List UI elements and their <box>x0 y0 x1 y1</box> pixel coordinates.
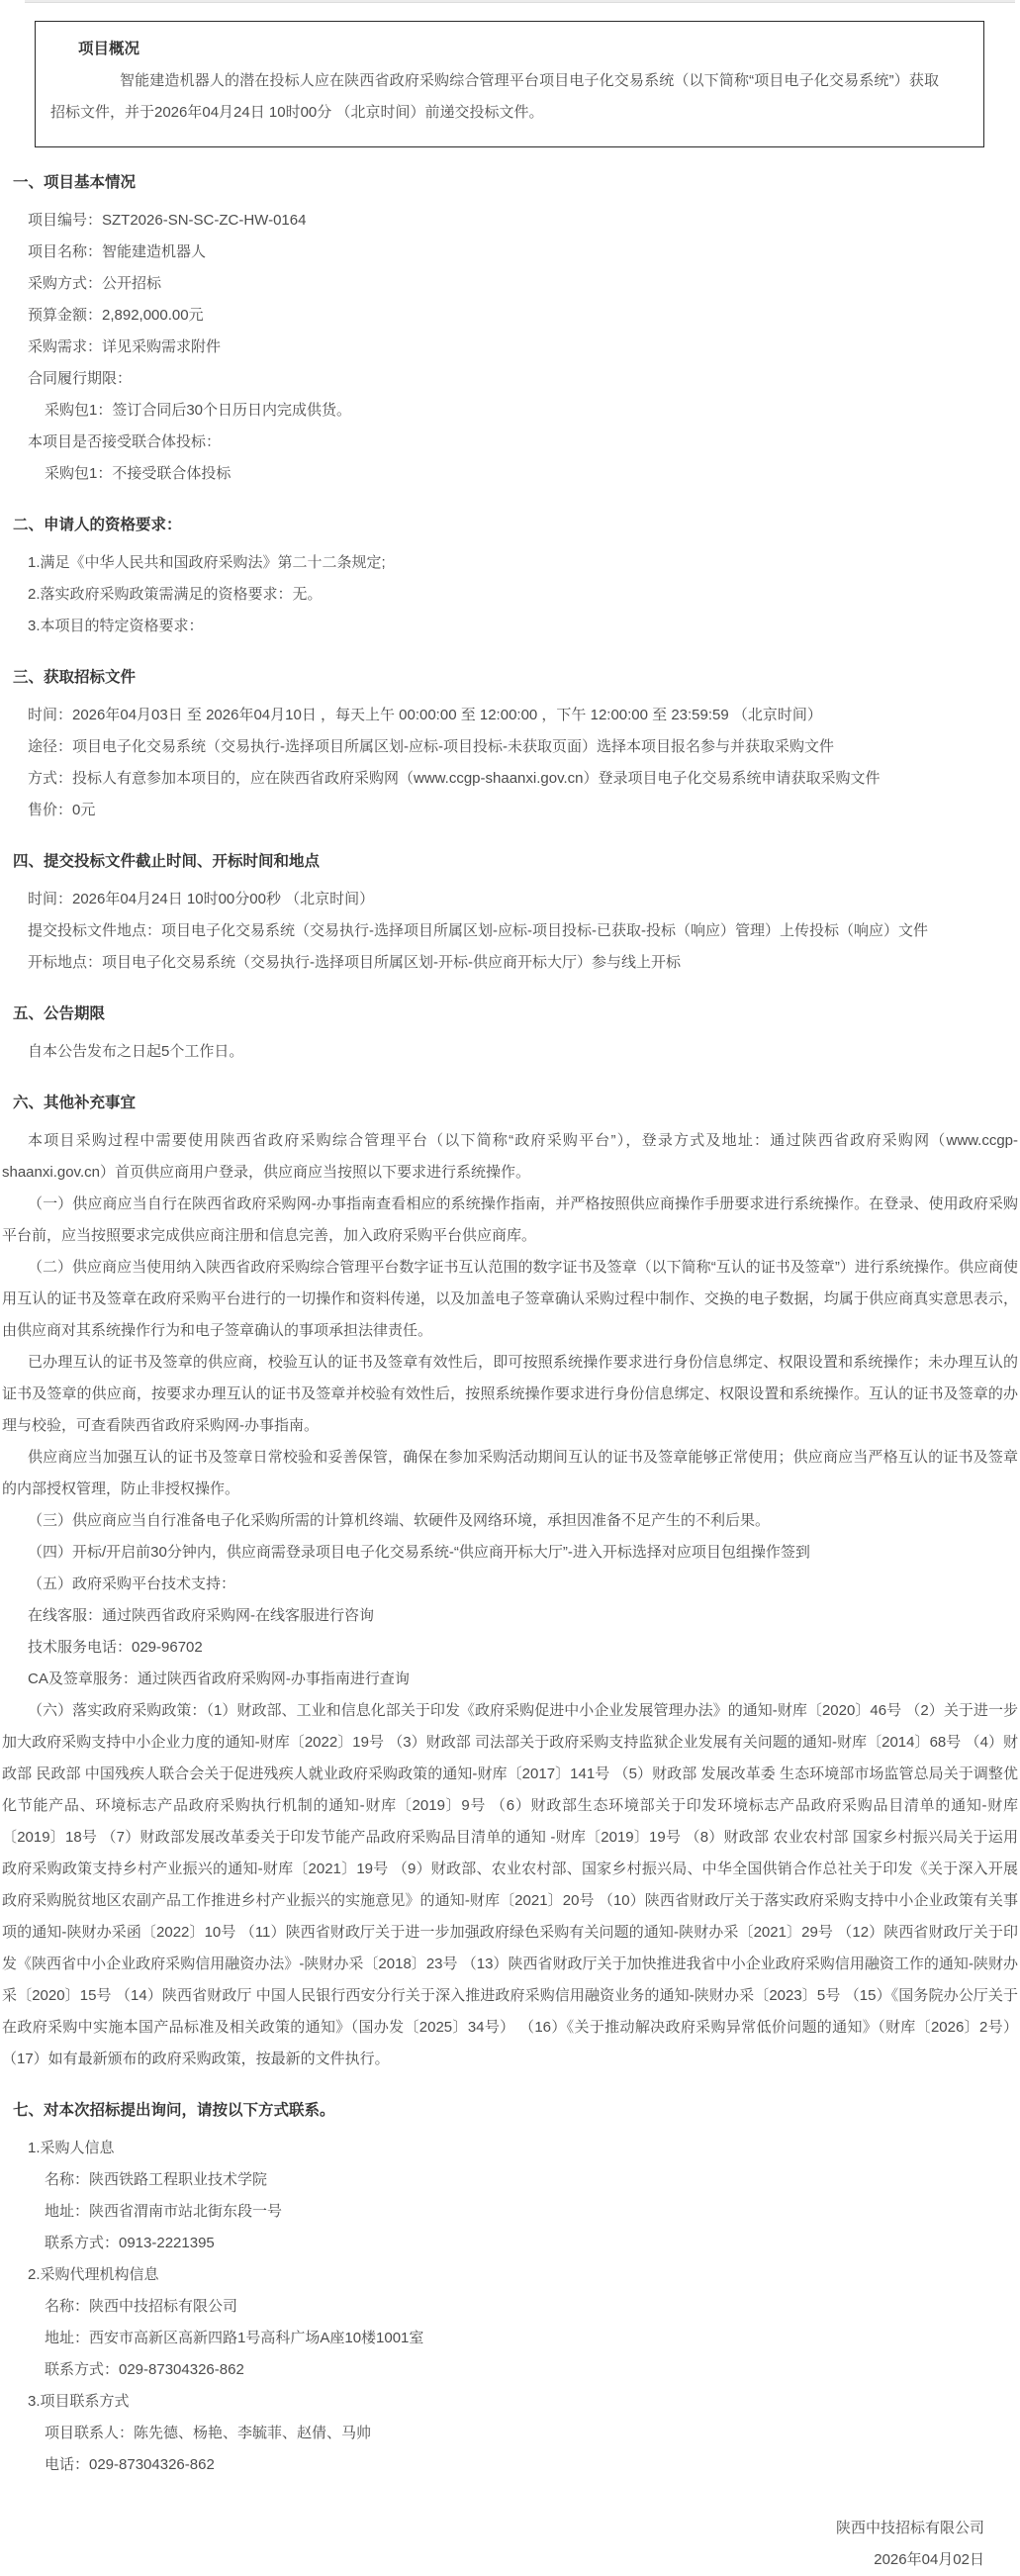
platform-intro-paragraph: 本项目采购过程中需要使用陕西省政府采购综合管理平台（以下简称“政府采购平台”），… <box>0 1125 1020 1189</box>
section-7-heading: 七、对本次招标提出询问，请按以下方式联系。 <box>0 2095 1020 2127</box>
qualification-item-1: 1.满足《中华人民共和国政府采购法》第二十二条规定; <box>0 547 1020 579</box>
ca-signature-service: CA及签章服务：通过陕西省政府采购网-办事指南进行查询 <box>0 1664 1020 1695</box>
joint-bid-pkg1: 采购包1：不接受联合体投标 <box>0 458 1020 490</box>
project-overview-box: 项目概况 智能建造机器人的潜在投标人应在陕西省政府采购综合管理平台项目电子化交易… <box>35 21 984 147</box>
contract-period-label: 合同履行期限： <box>0 363 1020 395</box>
section-basic-info: 一、项目基本情况 项目编号：SZT2026-SN-SC-ZC-HW-0164 项… <box>0 167 1020 490</box>
qualification-item-2: 2.落实政府采购政策需满足的资格要求：无。 <box>0 579 1020 611</box>
procurement-demand: 采购需求：详见采购需求附件 <box>0 332 1020 363</box>
section-4-heading: 四、提交投标文件截止时间、开标时间和地点 <box>0 846 1020 878</box>
overview-title: 项目概况 <box>78 34 939 65</box>
deadline-time: 时间：2026年04月24日 10时00分00秒 （北京时间） <box>0 884 1020 915</box>
footer-date: 2026年04月02日 <box>0 2544 984 2576</box>
section-6-heading: 六、其他补充事宜 <box>0 1088 1020 1119</box>
section-contact: 七、对本次招标提出询问，请按以下方式联系。 1.采购人信息 名称：陕西铁路工程职… <box>0 2095 1020 2481</box>
obtain-time: 时间：2026年04月03日 至 2026年04月10日 ，每天上午 00:00… <box>0 700 1020 731</box>
project-number: 项目编号：SZT2026-SN-SC-ZC-HW-0164 <box>0 205 1020 237</box>
contract-period-pkg1: 采购包1：签订合同后30个日历日内完成供货。 <box>0 395 1020 427</box>
section-qualification: 二、申请人的资格要求： 1.满足《中华人民共和国政府采购法》第二十二条规定; 2… <box>0 510 1020 642</box>
section-3-heading: 三、获取招标文件 <box>0 662 1020 694</box>
supplement-item-4: （四）开标/开启前30分钟内，供应商需登录项目电子化交易系统-“供应商开标大厅”… <box>0 1537 1020 1569</box>
section-deadline-opening: 四、提交投标文件截止时间、开标时间和地点 时间：2026年04月24日 10时0… <box>0 846 1020 979</box>
agency-name: 名称：陕西中技招标有限公司 <box>0 2291 1020 2323</box>
purchaser-info-label: 1.采购人信息 <box>0 2133 1020 2164</box>
supplement-item-5: （五）政府采购平台技术支持： <box>0 1569 1020 1600</box>
project-contact-phone: 电话：029-87304326-862 <box>0 2449 1020 2481</box>
section-5-heading: 五、公告期限 <box>0 999 1020 1030</box>
agency-address: 地址：西安市高新区高新四路1号高科广场A座10楼1001室 <box>0 2323 1020 2354</box>
online-service: 在线客服：通过陕西省政府采购网-在线客服进行咨询 <box>0 1600 1020 1632</box>
joint-bid-label: 本项目是否接受联合体投标： <box>0 427 1020 458</box>
budget-amount: 预算金额：2,892,000.00元 <box>0 300 1020 332</box>
top-cut-artifact <box>25 0 1015 3</box>
policy-paragraph: （六）落实政府采购政策：（1）财政部、工业和信息化部关于印发《政府采购促进中小企… <box>0 1695 1020 2075</box>
certificate-keep-paragraph: 供应商应当加强互认的证书及签章日常校验和妥善保管，确保在参加采购活动期间互认的证… <box>0 1442 1020 1505</box>
project-name: 项目名称：智能建造机器人 <box>0 237 1020 268</box>
project-contact-persons: 项目联系人：陈先德、杨艳、李毓菲、赵倩、马帅 <box>0 2418 1020 2449</box>
certificate-done-paragraph: 已办理互认的证书及签章的供应商，校验互认的证书及签章有效性后，即可按照系统操作要… <box>0 1347 1020 1442</box>
bid-opening-location: 开标地点：项目电子化交易系统（交易执行-选择项目所属区划-开标-供应商开标大厅）… <box>0 947 1020 979</box>
section-1-heading: 一、项目基本情况 <box>0 167 1020 199</box>
purchaser-contact: 联系方式：0913-2221395 <box>0 2228 1020 2259</box>
purchaser-address: 地址：陕西省渭南市站北街东段一号 <box>0 2196 1020 2228</box>
tech-service-phone: 技术服务电话：029-96702 <box>0 1632 1020 1664</box>
section-other-matters: 六、其他补充事宜 本项目采购过程中需要使用陕西省政府采购综合管理平台（以下简称“… <box>0 1088 1020 2075</box>
obtain-channel: 途径：项目电子化交易系统（交易执行-选择项目所属区划-应标-项目投标-未获取页面… <box>0 731 1020 763</box>
footer-agency-name: 陕西中技招标有限公司 <box>0 2513 984 2544</box>
submit-location: 提交投标文件地点：项目电子化交易系统（交易执行-选择项目所属区划-应标-项目投标… <box>0 915 1020 947</box>
document-price: 售价：0元 <box>0 795 1020 826</box>
qualification-item-3: 3.本项目的特定资格要求： <box>0 611 1020 642</box>
section-obtain-documents: 三、获取招标文件 时间：2026年04月03日 至 2026年04月10日 ，每… <box>0 662 1020 826</box>
signature-block: 陕西中技招标有限公司 2026年04月02日 <box>0 2513 1020 2576</box>
overview-paragraph: 智能建造机器人的潜在投标人应在陕西省政府采购综合管理平台项目电子化交易系统（以下… <box>50 65 939 129</box>
announcement-body: 一、项目基本情况 项目编号：SZT2026-SN-SC-ZC-HW-0164 项… <box>0 167 1020 2576</box>
supplement-item-3: （三）供应商应当自行准备电子化采购所需的计算机终端、软硬件及网络环境，承担因准备… <box>0 1505 1020 1537</box>
announcement-period: 自本公告发布之日起5个工作日。 <box>0 1036 1020 1068</box>
supplement-item-2: （二）供应商应当使用纳入陕西省政府采购综合管理平台数字证书互认范围的数字证书及签… <box>0 1252 1020 1347</box>
section-announcement-period: 五、公告期限 自本公告发布之日起5个工作日。 <box>0 999 1020 1068</box>
project-contact-label: 3.项目联系方式 <box>0 2386 1020 2418</box>
obtain-method: 方式：投标人有意参加本项目的，应在陕西省政府采购网（www.ccgp-shaan… <box>0 763 1020 795</box>
agency-info-label: 2.采购代理机构信息 <box>0 2259 1020 2291</box>
section-2-heading: 二、申请人的资格要求： <box>0 510 1020 541</box>
purchaser-name: 名称：陕西铁路工程职业技术学院 <box>0 2164 1020 2196</box>
supplement-item-1: （一）供应商应当自行在陕西省政府采购网-办事指南查看相应的系统操作指南，并严格按… <box>0 1189 1020 1252</box>
agency-contact: 联系方式：029-87304326-862 <box>0 2354 1020 2386</box>
procurement-method: 采购方式：公开招标 <box>0 268 1020 300</box>
